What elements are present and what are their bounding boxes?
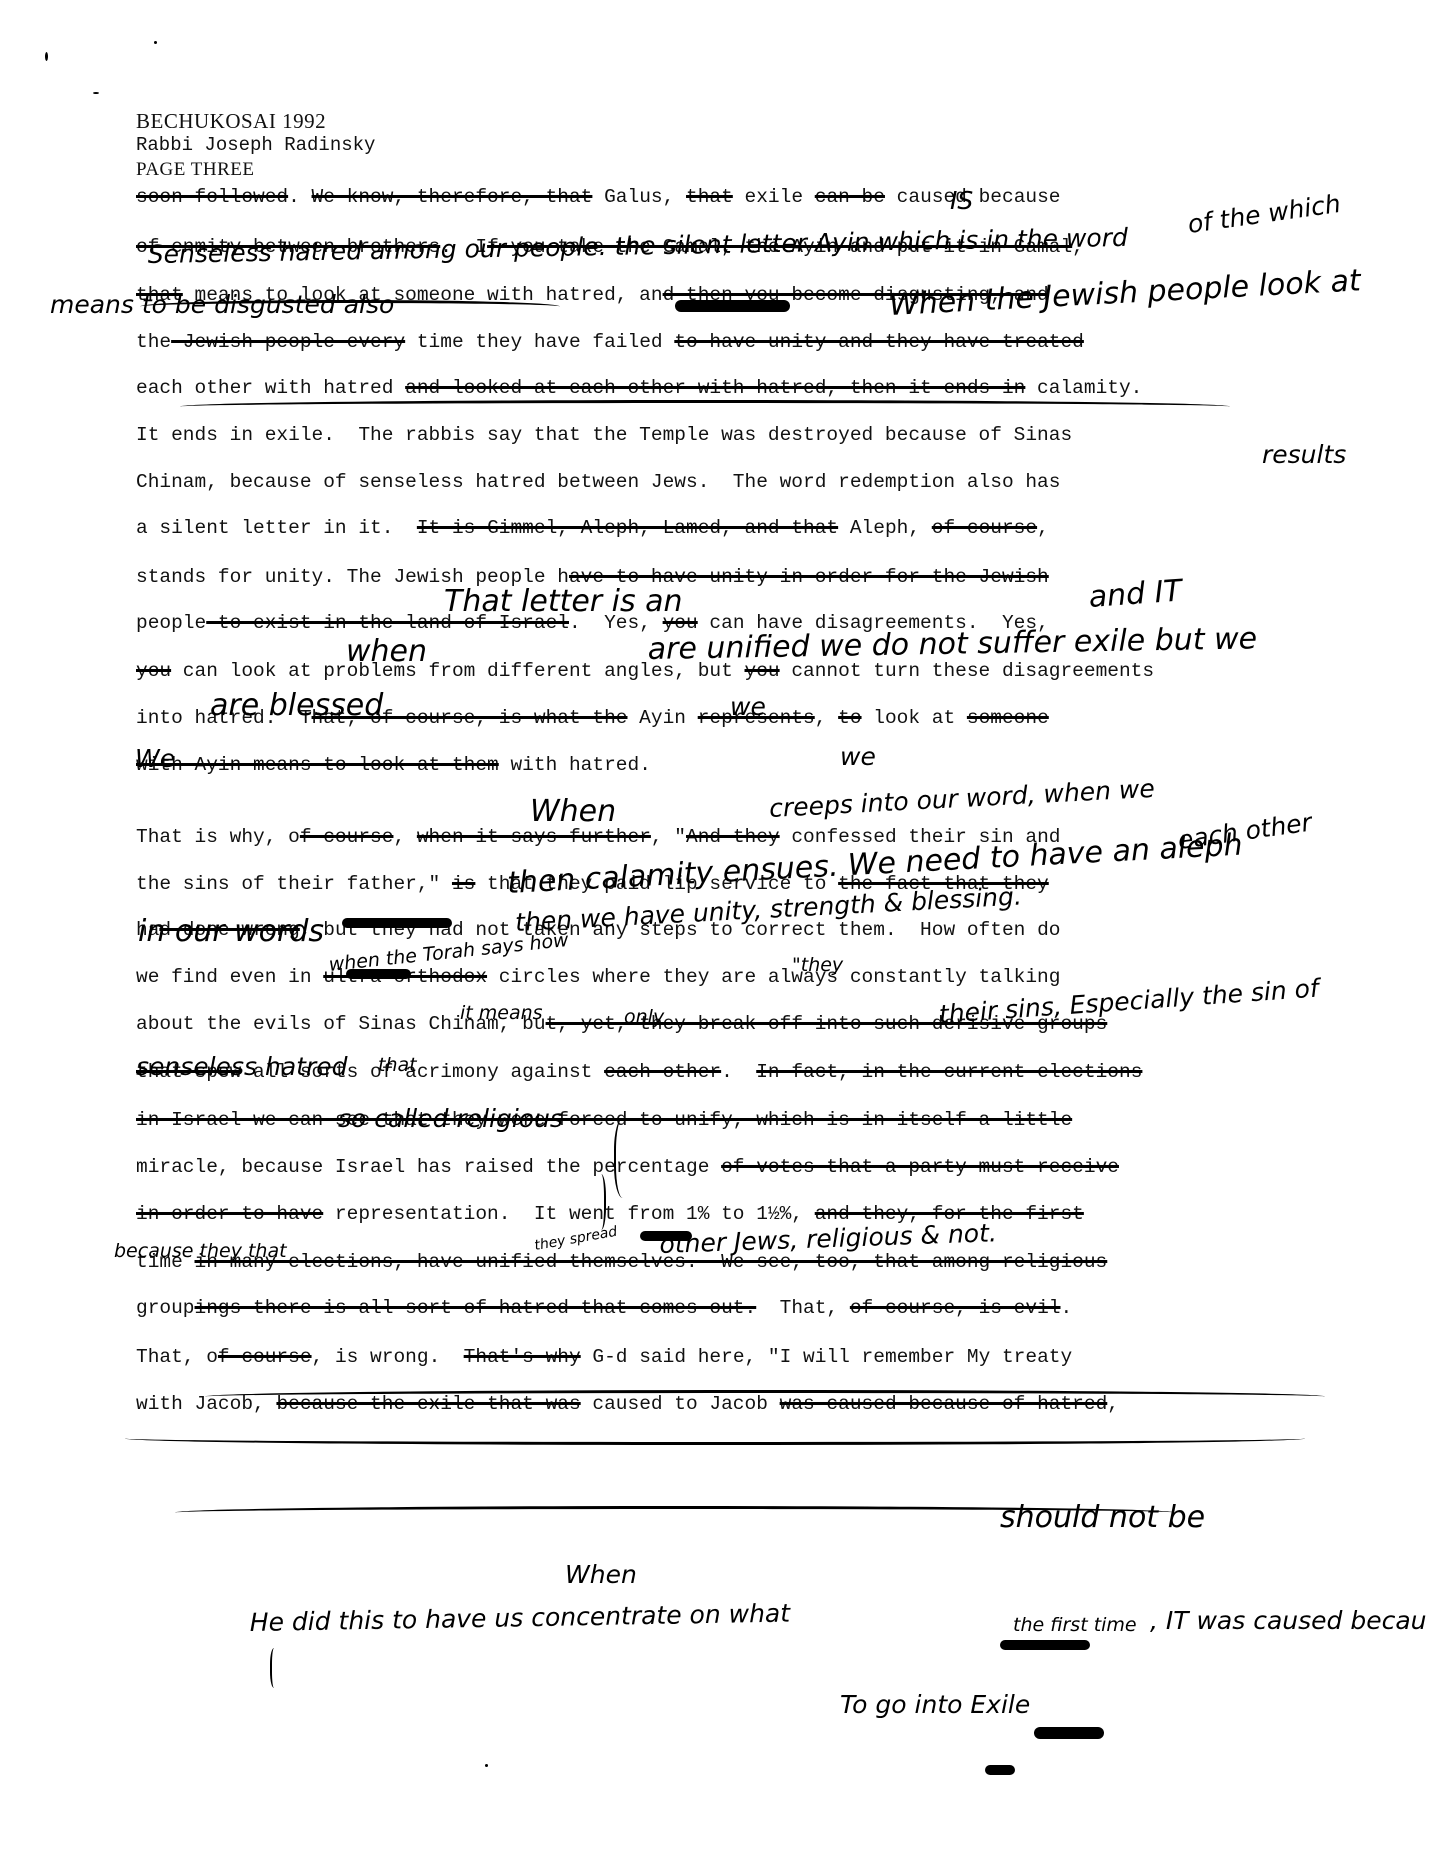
typed-line: with Ayin means to look at them with hat…	[136, 753, 651, 777]
typed-text: time they have failed	[405, 331, 674, 353]
ink-scribble	[640, 1231, 692, 1241]
handwritten-annotation: should not be	[1000, 1500, 1205, 1535]
handwritten-annotation: When the Jewish people look at	[888, 263, 1361, 323]
typed-text: .	[288, 186, 311, 208]
ink-scribble	[342, 918, 452, 928]
struck-text: of course, is evil	[850, 1297, 1061, 1319]
typed-text: people	[136, 612, 206, 634]
handwritten-annotation: creeps into our word, when we	[768, 774, 1155, 823]
ink-bracket	[614, 1118, 636, 1198]
handwritten-annotation: so called religious	[338, 1104, 563, 1133]
typed-text: , is wrong.	[312, 1346, 464, 1368]
handwritten-annotation: because they that	[114, 1240, 287, 1262]
typed-line: we find even in ultra-orthodox circles w…	[136, 965, 1060, 989]
struck-text: can be	[815, 186, 885, 208]
typed-text: with hatred.	[499, 754, 651, 776]
handwritten-annotation: When	[530, 794, 616, 829]
typed-text: exile	[733, 186, 815, 208]
typed-text: Aleph,	[838, 517, 932, 539]
typed-text: circles where they are always constantly…	[487, 966, 1060, 988]
ink-underline-swoop	[175, 1506, 1175, 1519]
typed-text: That,	[756, 1297, 850, 1319]
struck-text: to have unity and they have treated	[674, 331, 1084, 353]
typed-text: That is why, o	[136, 826, 300, 848]
typed-text: representation. It went from 1% to 1½%,	[323, 1203, 814, 1225]
struck-text: to	[838, 707, 861, 729]
typed-text: , "	[651, 826, 686, 848]
struck-text: of course	[932, 517, 1037, 539]
typed-line: the Jewish people every time they have f…	[136, 330, 1084, 354]
typed-text: the	[136, 331, 171, 353]
handwritten-annotation: "they	[792, 954, 843, 976]
ink-scribble	[675, 300, 790, 312]
struck-text: each other	[604, 1061, 721, 1083]
ink-scribble	[346, 969, 411, 979]
handwritten-annotation: senseless hatred	[136, 1052, 347, 1081]
typed-text: G-d said here, "I will remember My treat…	[581, 1346, 1072, 1368]
typed-text: Chinam, because of senseless hatred betw…	[136, 471, 1060, 493]
ink-scribble	[1034, 1727, 1104, 1739]
ink-scribble	[985, 1765, 1015, 1775]
typed-text: look at	[862, 707, 967, 729]
scan-speck	[154, 41, 157, 44]
typed-text: ,	[393, 826, 416, 848]
struck-text: f course	[218, 1346, 312, 1368]
typed-line: Chinam, because of senseless hatred betw…	[136, 470, 1060, 494]
handwritten-annotation: when	[346, 634, 427, 669]
typed-text: Ayin	[627, 707, 697, 729]
typed-line: in Israel we can see that they were forc…	[136, 1108, 1072, 1132]
typed-text: each other with hatred	[136, 377, 405, 399]
handwritten-annotation: , IT was caused becau	[1150, 1606, 1427, 1635]
scan-speck	[93, 92, 99, 94]
typed-text: calamity.	[1025, 377, 1142, 399]
struck-text: f course	[300, 826, 394, 848]
struck-text: in order to have	[136, 1203, 323, 1225]
handwritten-annotation: He did this to have us concentrate on wh…	[249, 1599, 790, 1637]
typed-text: ,	[815, 707, 838, 729]
ink-underline-swoop	[205, 1390, 1325, 1403]
typed-text: Galus,	[592, 186, 686, 208]
typed-line: a silent letter in it. It is Gimmel, Ale…	[136, 516, 1049, 540]
typed-text: ,	[1037, 517, 1049, 539]
struck-text: That's why	[464, 1346, 581, 1368]
scan-speck	[485, 1764, 488, 1767]
handwritten-annotation: To go into Exile	[840, 1690, 1030, 1719]
struck-text: you	[136, 660, 171, 682]
typed-line: groupings there is all sort of hatred th…	[136, 1296, 1072, 1320]
struck-text: that	[686, 186, 733, 208]
typed-text: That, o	[136, 1346, 218, 1368]
typed-line: you can look at problems from different …	[136, 659, 1154, 683]
typed-text: .	[721, 1061, 756, 1083]
page-label: PAGE THREE	[136, 159, 255, 181]
struck-text: someone	[967, 707, 1049, 729]
handwritten-annotation: only	[624, 1006, 664, 1028]
struck-text: when it says further	[417, 826, 651, 848]
ink-bracket	[594, 1174, 606, 1230]
typed-line: It ends in exile. The rabbis say that th…	[136, 423, 1072, 447]
handwritten-annotation: in our words	[138, 914, 324, 949]
handwritten-annotation: We	[135, 744, 175, 773]
handwritten-annotation: the first time	[1013, 1614, 1137, 1636]
struck-text: and looked at each other with hatred, th…	[405, 377, 1025, 399]
struck-text: And they	[686, 826, 780, 848]
typed-line: soon followed. We know, therefore, that …	[136, 185, 1061, 209]
handwritten-annotation: are blessed	[210, 688, 383, 723]
struck-text: It is Gimmel, Aleph, Lamed, and that	[417, 517, 838, 539]
handwritten-annotation: When	[565, 1560, 637, 1589]
document-author: Rabbi Joseph Radinsky	[136, 134, 375, 156]
handwritten-annotation: IS	[950, 186, 973, 215]
handwritten-annotation: results	[1262, 440, 1346, 469]
handwritten-annotation: That letter is an	[444, 584, 683, 619]
ink-underline-swoop	[140, 300, 560, 313]
struck-text: Jewish people every	[171, 331, 405, 353]
ink-bracket	[270, 1648, 280, 1688]
typed-line: That, of course, is wrong. That's why G-…	[136, 1345, 1072, 1369]
scan-speck	[45, 52, 48, 61]
struck-text: with Ayin means to look at them	[136, 754, 499, 776]
scanned-document-page: BECHUKOSAI 1992 Rabbi Joseph Radinsky PA…	[0, 0, 1430, 1851]
struck-text: soon followed	[136, 186, 288, 208]
typed-text: group	[136, 1297, 195, 1319]
typed-text: It ends in exile. The rabbis say that th…	[136, 424, 1072, 446]
handwritten-annotation: we	[730, 692, 766, 721]
ink-underline-swoop	[180, 400, 1230, 413]
handwritten-annotation: we	[840, 742, 876, 771]
typed-text: the sins of their father,"	[136, 873, 452, 895]
handwritten-annotation: Senseless hatred among our people. the s…	[147, 223, 1128, 269]
typed-text: .	[1060, 1297, 1072, 1319]
struck-text: is	[452, 873, 475, 895]
handwritten-annotation: and IT	[1088, 574, 1183, 615]
document-title: BECHUKOSAI 1992	[136, 110, 326, 132]
struck-text: In fact, in the current elections	[756, 1061, 1142, 1083]
struck-text: We know, therefore, that	[312, 186, 593, 208]
typed-text: we find even in	[136, 966, 323, 988]
handwritten-annotation: it means	[460, 1002, 543, 1024]
handwritten-annotation: that	[378, 1054, 417, 1076]
struck-text: ings there is all sort of hatred that co…	[195, 1297, 757, 1319]
handwritten-annotation: of the which	[1186, 189, 1342, 239]
ink-underline-swoop	[125, 1432, 1305, 1445]
struck-text: in many elections, have unified themselv…	[195, 1251, 1108, 1273]
struck-text: of votes that a party must receive	[721, 1156, 1119, 1178]
struck-text: in Israel we can see that they were forc…	[136, 1109, 1072, 1131]
typed-line: each other with hatred and looked at eac…	[136, 376, 1142, 400]
typed-text: a silent letter in it.	[136, 517, 417, 539]
ink-scribble	[1000, 1640, 1090, 1650]
